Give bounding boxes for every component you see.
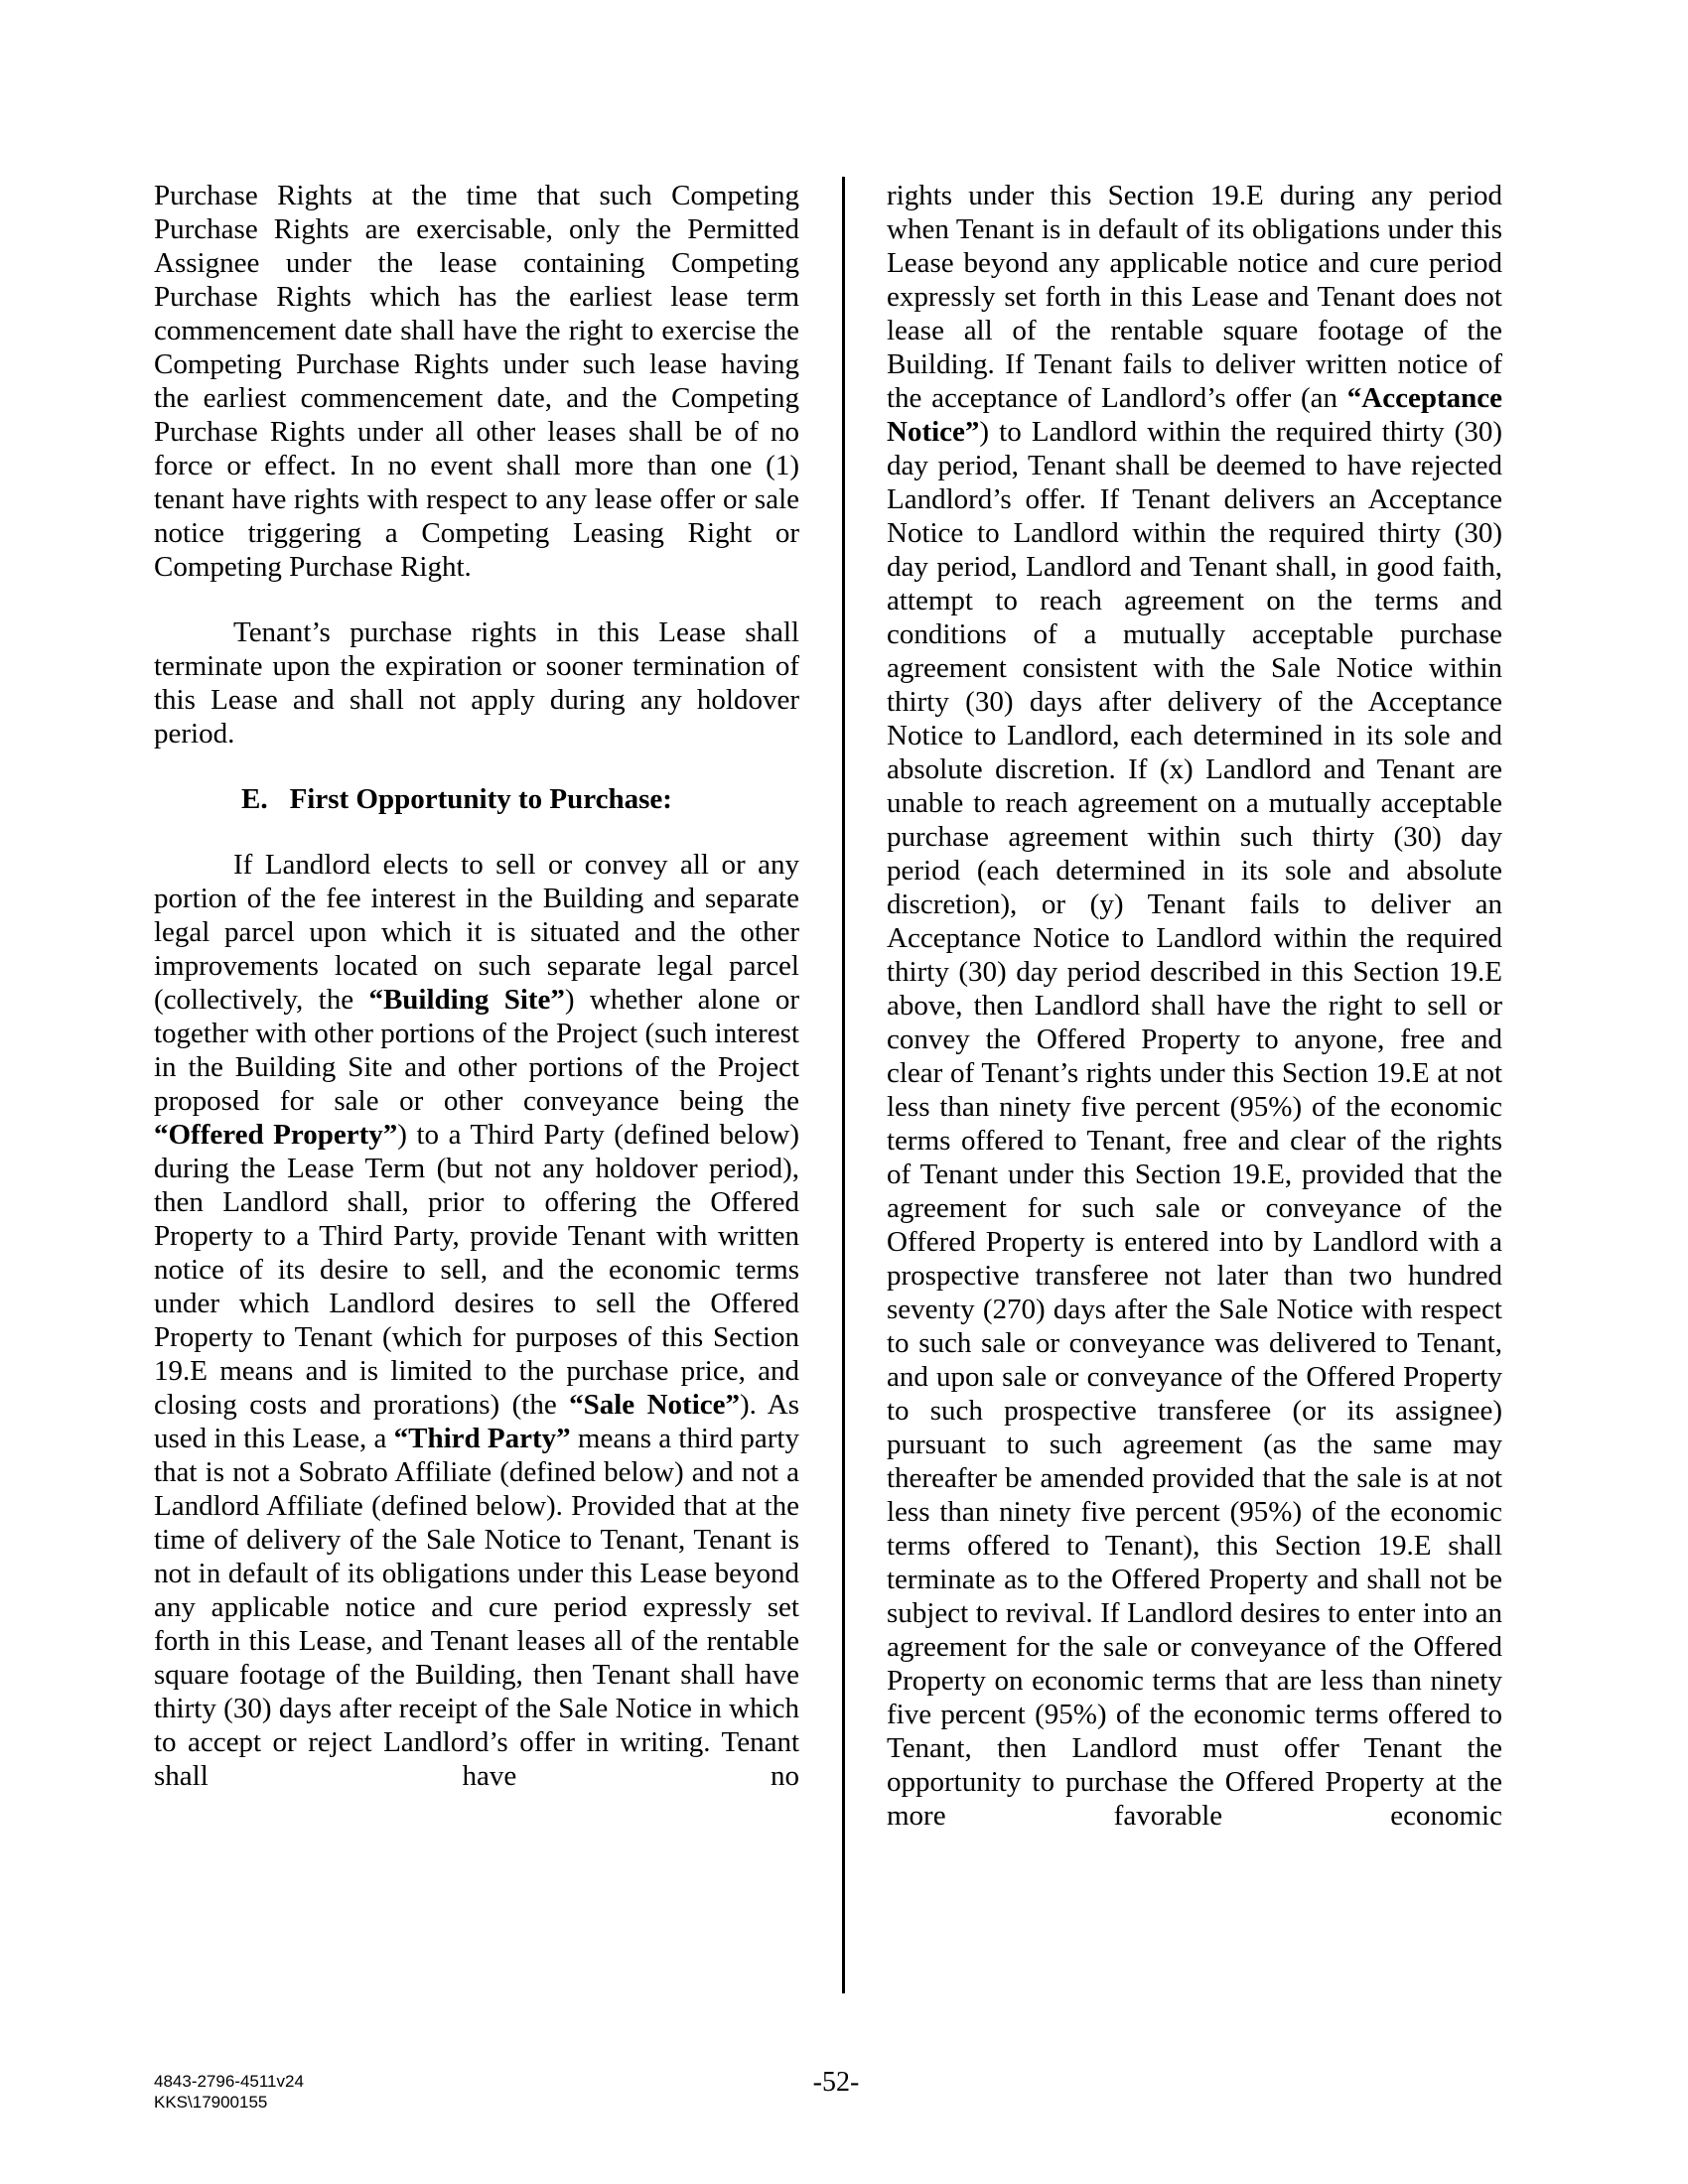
document-page: Purchase Rights at the time that such Co… xyxy=(0,0,1688,2184)
page-number: -52- xyxy=(0,2067,1672,2099)
text-run: Purchase Rights at the time that such Co… xyxy=(154,180,799,583)
paragraph: rights under this Section 19.E during an… xyxy=(887,179,1502,1833)
defined-term: First Opportunity to Purchase: xyxy=(290,783,672,815)
defined-term: “Third Party” xyxy=(394,1423,571,1454)
defined-term: “Offered Property” xyxy=(154,1119,397,1151)
text-run: ) to Landlord within the required thirty… xyxy=(887,416,1502,1832)
paragraph: Tenant’s purchase rights in this Lease s… xyxy=(154,615,799,751)
defined-term: E. xyxy=(241,783,268,815)
column-divider-rule xyxy=(842,177,845,1993)
defined-term: “Sale Notice” xyxy=(569,1389,740,1421)
text-run: Tenant’s purchase rights in this Lease s… xyxy=(154,616,799,750)
right-text-column: rights under this Section 19.E during an… xyxy=(887,179,1502,1833)
text-run: ) to a Third Party (defined below) durin… xyxy=(154,1119,799,1421)
left-text-column: Purchase Rights at the time that such Co… xyxy=(154,179,799,1793)
defined-term: “Building Site” xyxy=(368,984,564,1016)
text-run: rights under this Section 19.E during an… xyxy=(887,180,1502,414)
paragraph: Purchase Rights at the time that such Co… xyxy=(154,179,799,584)
section-heading: E.First Opportunity to Purchase: xyxy=(154,782,799,816)
paragraph: If Landlord elects to sell or convey all… xyxy=(154,848,799,1793)
text-run: means a third party that is not a Sobrat… xyxy=(154,1423,799,1792)
